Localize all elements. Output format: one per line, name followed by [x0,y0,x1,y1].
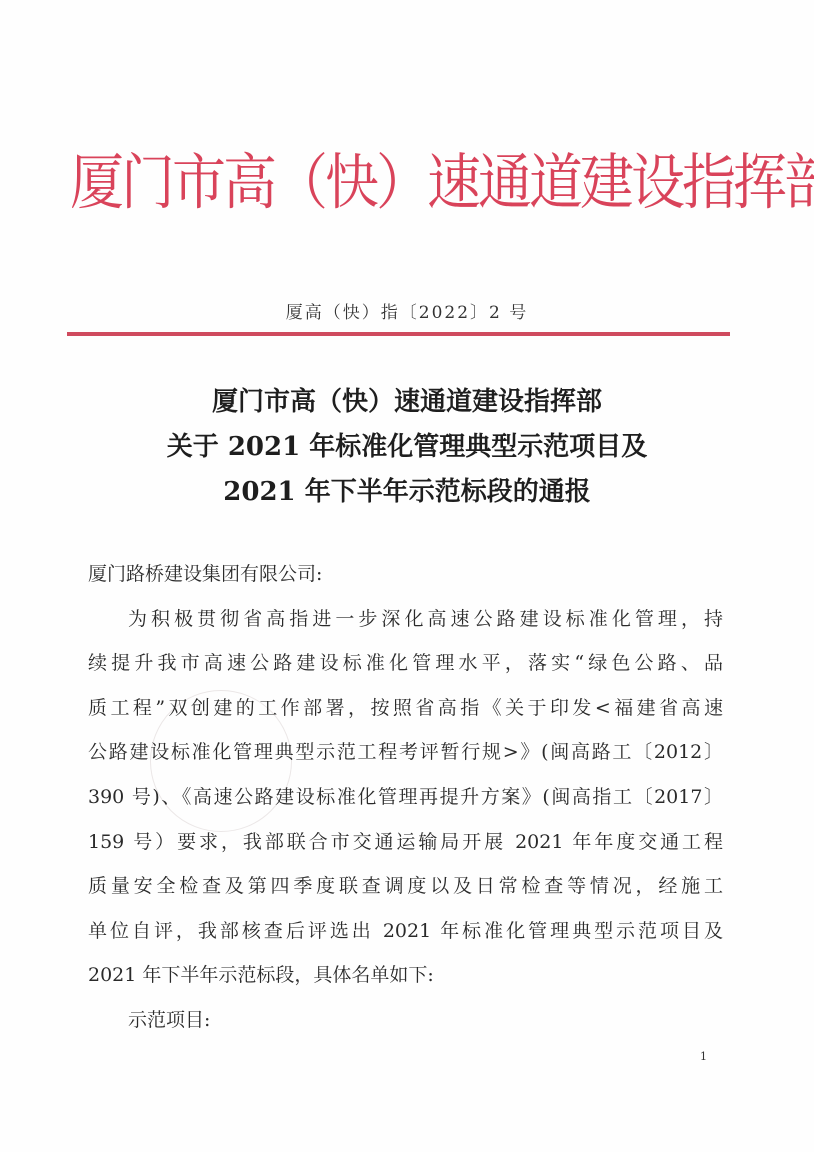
document-title: 厦门市高（快）速通道建设指挥部 关于 2021 年标准化管理典型示范项目及 20… [0,380,814,515]
title-line-3: 2021 年下半年示范标段的通报 [0,470,814,515]
title-line-2: 关于 2021 年标准化管理典型示范项目及 [0,425,814,470]
document-page: 厦门市高（快）速通道建设指挥部 厦高（快）指〔2022〕2 号 厦门市高（快）速… [0,0,814,1152]
paragraph-line: 159 号）要求，我部联合市交通运输局开展 2021 年年度交通工程 [88,820,723,865]
page-number: 1 [700,1050,707,1063]
document-body: 厦门路桥建设集团有限公司: 为积极贯彻省高指进一步深化高速公路建设标准化管理，持… [88,552,723,1043]
addressee: 厦门路桥建设集团有限公司: [88,552,723,597]
paragraph-line: 为积极贯彻省高指进一步深化高速公路建设标准化管理，持 [88,597,723,642]
paragraph-line: 质工程”双创建的工作部署，按照省高指《关于印发<福建省高速 [88,686,723,731]
paragraph-line: 单位自评，我部核查后评选出 2021 年标准化管理典型示范项目及 [88,909,723,954]
paragraph-line: 390 号)、《高速公路建设标准化管理再提升方案》(闽高指工〔2017〕 [88,775,723,820]
paragraph-line: 2021 年下半年示范标段，具体名单如下: [88,953,723,998]
letterhead-title: 厦门市高（快）速通道建设指挥部 [70,138,750,228]
paragraph-line: 公路建设标准化管理典型示范工程考评暂行规>》(闽高路工〔2012〕 [88,730,723,775]
red-divider-rule [67,332,730,336]
section-label-demo-projects: 示范项目: [88,998,723,1043]
document-number: 厦高（快）指〔2022〕2 号 [0,298,814,323]
title-line-1: 厦门市高（快）速通道建设指挥部 [0,380,814,425]
paragraph-line: 续提升我市高速公路建设标准化管理水平，落实“绿色公路、品 [88,641,723,686]
paragraph-line: 质量安全检查及第四季度联查调度以及日常检查等情况，经施工 [88,864,723,909]
